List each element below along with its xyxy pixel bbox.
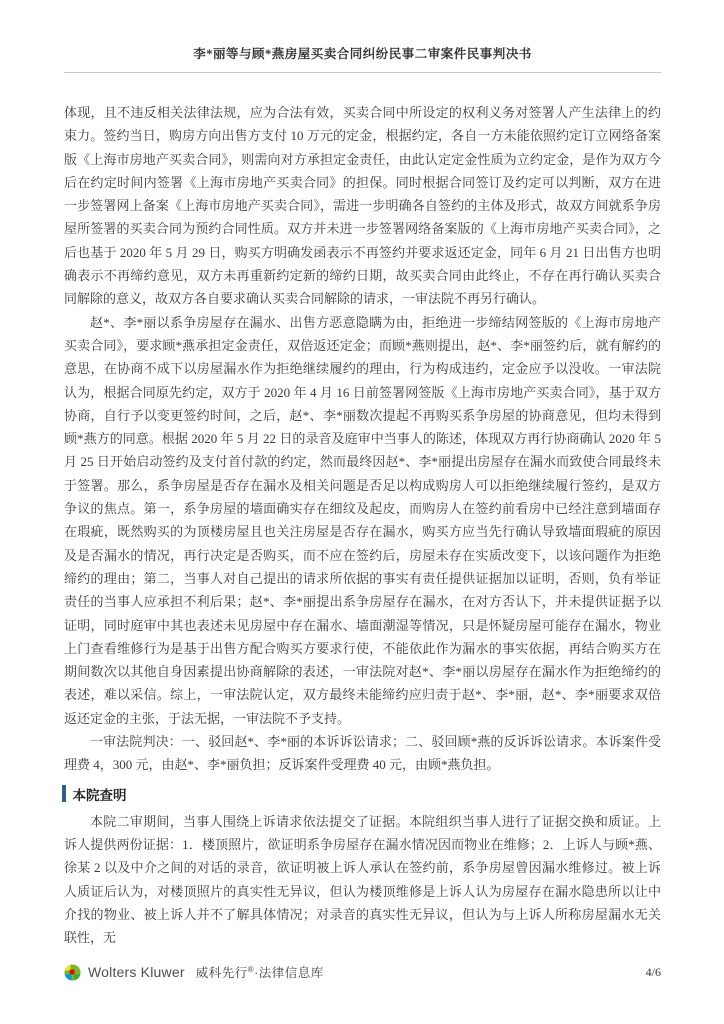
document-title: 李*丽等与顾*燕房屋买卖合同纠纷民事二审案件民事判决书 — [64, 44, 661, 62]
page-footer: Wolters Kluwer 威科先行®·法律信息库 4/6 — [64, 963, 661, 981]
product-name-suffix: ·法律信息库 — [254, 966, 324, 980]
document-body: 体现，且不违反相关法律法规，应为合法有效，买卖合同中所设定的权利义务对签署人产生… — [64, 101, 661, 949]
section-heading-court-findings: 本院查明 — [64, 784, 661, 804]
body-paragraph-first-instance-ruling: 一审法院判决：一、驳回赵*、李*丽的本诉诉讼请求；二、驳回顾*燕的反诉诉讼请求。… — [64, 730, 661, 777]
product-name: 威科先行®·法律信息库 — [196, 963, 324, 981]
brand-name: Wolters Kluwer — [88, 964, 185, 980]
section-heading-accent-bar — [62, 785, 66, 802]
section-heading-label: 本院查明 — [73, 784, 127, 804]
page-content: 李*丽等与顾*燕房屋买卖合同纠纷民事二审案件民事判决书 体现，且不违反相关法律法… — [64, 0, 661, 949]
judgment-document-page: 李*丽等与顾*燕房屋买卖合同纠纷民事二审案件民事判决书 体现，且不违反相关法律法… — [0, 0, 724, 1024]
product-name-cn: 威科先行 — [196, 966, 248, 980]
brand-block: Wolters Kluwer 威科先行®·法律信息库 — [64, 963, 324, 981]
body-paragraph-court-opinion-1: 体现，且不违反相关法律法规，应为合法有效，买卖合同中所设定的权利义务对签署人产生… — [64, 101, 661, 311]
header-divider — [64, 72, 661, 73]
section-paragraph-evidence-review: 本院二审期间，当事人围绕上诉请求依法提交了证据。本院组织当事人进行了证据交换和质… — [64, 810, 661, 950]
wolters-kluwer-logo-icon — [64, 964, 81, 981]
body-paragraph-court-opinion-2: 赵*、李*丽以系争房屋存在漏水、出售方恶意隐瞒为由，拒绝进一步缔结网签版的《上海… — [64, 311, 661, 730]
page-number: 4/6 — [646, 965, 661, 980]
